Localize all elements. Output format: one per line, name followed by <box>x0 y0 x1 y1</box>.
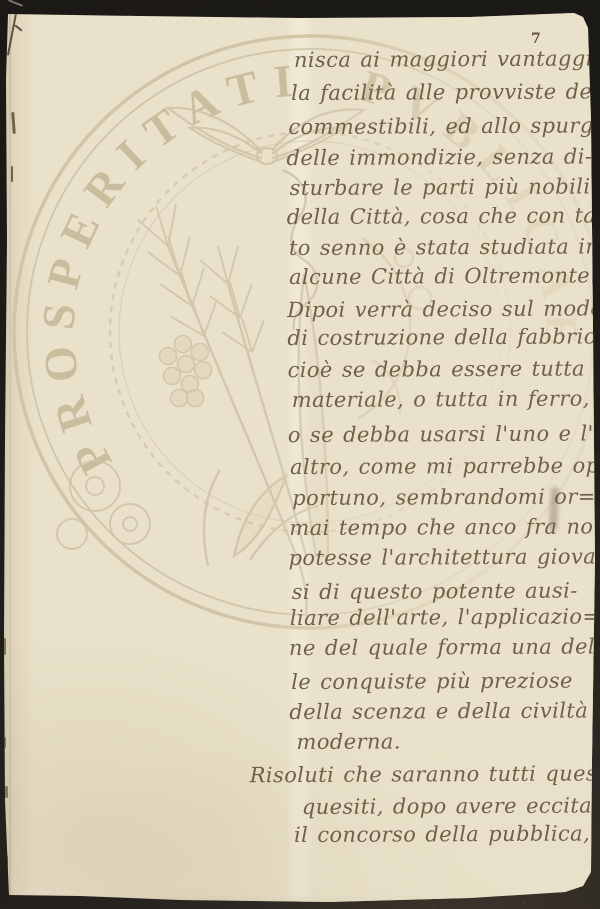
manuscript-line: materiale, o tutta in ferro, <box>292 386 590 412</box>
manuscript-line: della scenza e della civiltà <box>289 698 588 724</box>
manuscript-line: ne del quale forma una del- <box>289 634 600 660</box>
manuscript-line: Risoluti che saranno tutti questi <box>250 761 600 787</box>
manuscript-line: Dipoi verrà deciso sul modo <box>287 296 600 322</box>
manuscript-line: moderna. <box>296 729 401 754</box>
manuscript-line: alcune Città di Oltremonte. <box>289 263 597 289</box>
manuscript-text: nisca ai maggiori vantaggila facilità al… <box>0 0 600 909</box>
manuscript-line: delle immondizie, senza di- <box>286 144 592 170</box>
manuscript-line: mai tempo che anco fra noi <box>289 514 600 540</box>
manuscript-line: commestibili, ed allo spurgo <box>288 113 600 139</box>
manuscript-line: portuno, sembrandomi or= <box>292 484 596 510</box>
dust-speck <box>432 905 435 907</box>
manuscript-line: to senno è stata studiata in <box>289 234 599 260</box>
manuscript-line: nisca ai maggiori vantaggi <box>294 46 593 72</box>
manuscript-line: o se debba usarsi l'uno e l' <box>288 421 594 447</box>
manuscript-line: le conquiste più preziose <box>291 669 573 694</box>
manuscript-line: altro, come mi parrebbe op= <box>290 453 600 479</box>
manuscript-line: cioè se debba essere tutta in <box>287 356 600 382</box>
manuscript-line: il concorso della pubblica, <box>294 821 590 847</box>
manuscript-page: PROSPERITATI PVBLICAE <box>0 0 600 909</box>
manuscript-line: della Città, cosa che con tan- <box>287 203 600 229</box>
scan-background: PROSPERITATI PVBLICAE <box>0 0 600 909</box>
manuscript-line: la facilità alle provviste dei <box>291 79 599 105</box>
dust-speck <box>523 902 526 904</box>
manuscript-line: quesiti, dopo avere eccitato <box>302 793 600 819</box>
manuscript-line: potesse l'architettura giovar= <box>288 544 600 570</box>
manuscript-line: di costruzione della fabbrica, <box>287 324 600 350</box>
manuscript-line: si di questo potente ausi- <box>292 579 578 604</box>
manuscript-line: sturbare le parti più nobili <box>290 174 591 200</box>
paper-fiber <box>8 0 23 7</box>
manuscript-line: liare dell'arte, l'applicazio= <box>290 604 600 630</box>
